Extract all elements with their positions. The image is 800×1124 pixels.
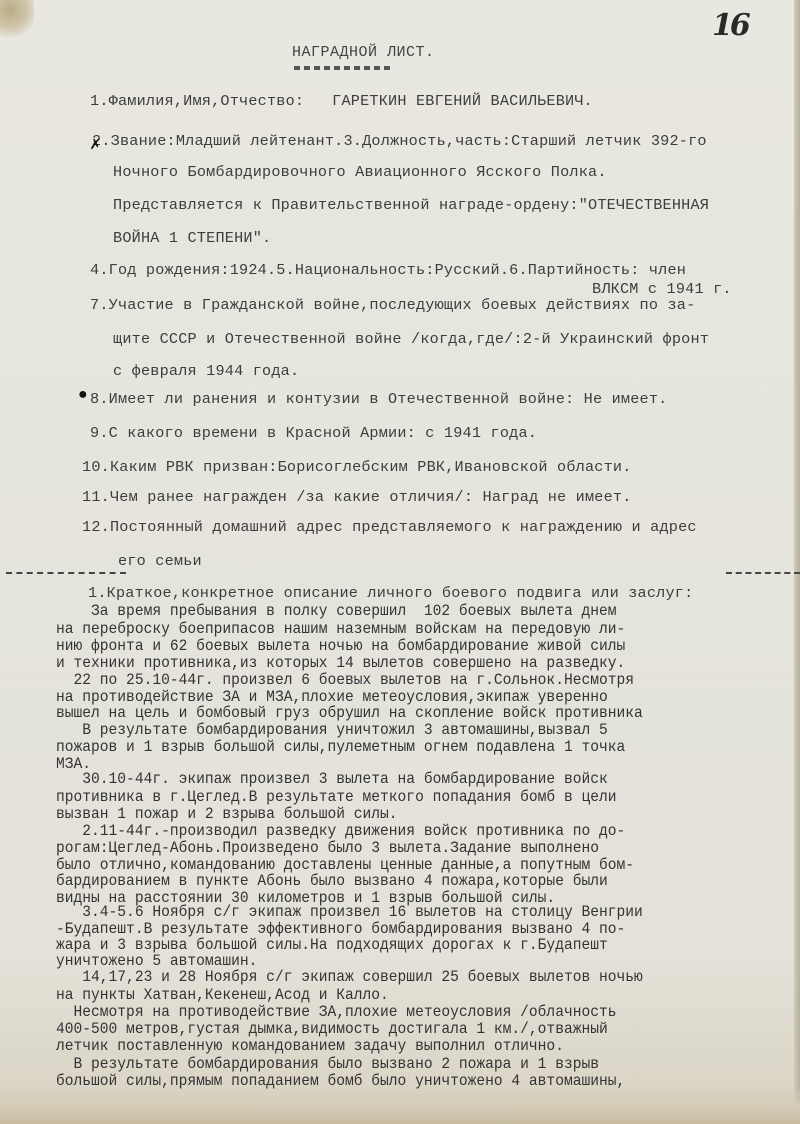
- paper-edge: [794, 0, 800, 1124]
- description-line: 14,17,23 и 28 Ноября с/г экипаж совершил…: [56, 970, 643, 987]
- description-line: В результате бомбардирования было вызван…: [56, 1057, 599, 1074]
- description-line: 2.11-44г.-производил разведку движения в…: [56, 824, 625, 841]
- header-field-line: Представляется к Правительственной награ…: [113, 196, 709, 214]
- document-title: НАГРАДНОЙ ЛИСТ.: [292, 44, 435, 61]
- description-line: В результате бомбардирования уничтожил 3…: [56, 723, 608, 740]
- header-field-line: 12.Постоянный домашний адрес представляе…: [82, 518, 697, 536]
- description-line: на пункты Хатван,Кекенеш,Асод и Калло.: [56, 988, 389, 1005]
- separator-right: [726, 572, 800, 577]
- description-line: пожаров и 1 взрыв большой силы,пулеметны…: [56, 740, 625, 757]
- header-field-line: 7.Участие в Гражданской войне,последующи…: [90, 296, 695, 314]
- header-field-line: 9.С какого времени в Красной Армии: с 19…: [90, 424, 537, 442]
- description-line: большой силы,прямым попаданием бомб было…: [56, 1074, 625, 1091]
- description-line: 400-500 метров,густая дымка,видимость до…: [56, 1022, 608, 1039]
- header-field-line: 4.Год рождения:1924.5.Национальность:Рус…: [90, 261, 686, 279]
- header-field-line: 10.Каким РВК призван:Борисоглебским РВК,…: [82, 458, 632, 476]
- description-line: противника в г.Цеглед.В результате метко…: [56, 790, 617, 807]
- award-sheet-page: 16 НАГРАДНОЙ ЛИСТ. 1.Фамилия,Имя,Отчеств…: [0, 0, 800, 1124]
- separator-left: [6, 572, 126, 577]
- description-line: Несмотря на противодействие ЗА,плохие ме…: [56, 1005, 617, 1022]
- description-line: вышел на цель и бомбовый груз обрушил на…: [56, 706, 643, 723]
- description-line: и техники противника,из которых 14 вылет…: [56, 656, 625, 673]
- title-underline: [294, 66, 390, 70]
- header-field-line: 11.Чем ранее награжден /за какие отличия…: [82, 488, 632, 506]
- description-line: было отлично,командованию доставлены цен…: [56, 858, 634, 875]
- header-field-line: его семьи: [118, 552, 202, 570]
- header-field-line: Ночного Бомбардировочного Авиационного Я…: [113, 163, 607, 181]
- description-line: 22 по 25.10-44г. произвел 6 боевых вылет…: [56, 673, 634, 690]
- description-line: жара и 3 взрыва большой силы.На подходящ…: [56, 938, 608, 955]
- paper-stain: [0, 0, 34, 40]
- description-line: 30.10-44г. экипаж произвел 3 вылета на б…: [56, 772, 608, 789]
- handwritten-page-number: 16: [712, 8, 748, 43]
- description-line: рогам:Цеглед-Абонь.Произведено было 3 вы…: [56, 841, 599, 858]
- description-line: уничтожено 5 автомашин.: [56, 954, 257, 971]
- description-line: на противодействие ЗА и МЗА,плохие метео…: [56, 690, 608, 707]
- description-line: вызван 1 пожар и 2 взрыва большой силы.: [56, 807, 398, 824]
- header-field-line: 2.Звание:Младший лейтенант.3.Должность,ч…: [92, 132, 707, 150]
- description-line: летчик поставленную командованием задачу…: [56, 1039, 564, 1056]
- section-heading: 1.Краткое,конкретное описание личного бо…: [88, 584, 693, 602]
- handwritten-mark-icon: ●: [78, 386, 88, 404]
- handwritten-mark-icon: ✗: [90, 133, 101, 155]
- description-line: За время пребывания в полку совершил 102…: [56, 604, 617, 621]
- description-line: -Будапешт.В результате эффективного бомб…: [56, 922, 625, 939]
- header-field-line: с февраля 1944 года.: [113, 362, 299, 380]
- header-field-line: щите СССР и Отечественной войне /когда,г…: [113, 330, 709, 348]
- header-field-line: 1.Фамилия,Имя,Отчество: ГАРЕТКИН ЕВГЕНИЙ…: [90, 92, 593, 110]
- description-line: 3.4-5.6 Ноября с/г экипаж произвел 16 вы…: [56, 905, 643, 922]
- header-field-line: ВОЙНА 1 СТЕПЕНИ".: [113, 229, 271, 247]
- description-line: бардированием в пункте Абонь было вызван…: [56, 874, 608, 891]
- description-line: нию фронта и 62 боевых вылета ночью на б…: [56, 639, 625, 656]
- header-field-line: 8.Имеет ли ранения и контузии в Отечеств…: [90, 390, 667, 408]
- description-line: на переброску боеприпасов нашим наземным…: [56, 622, 625, 639]
